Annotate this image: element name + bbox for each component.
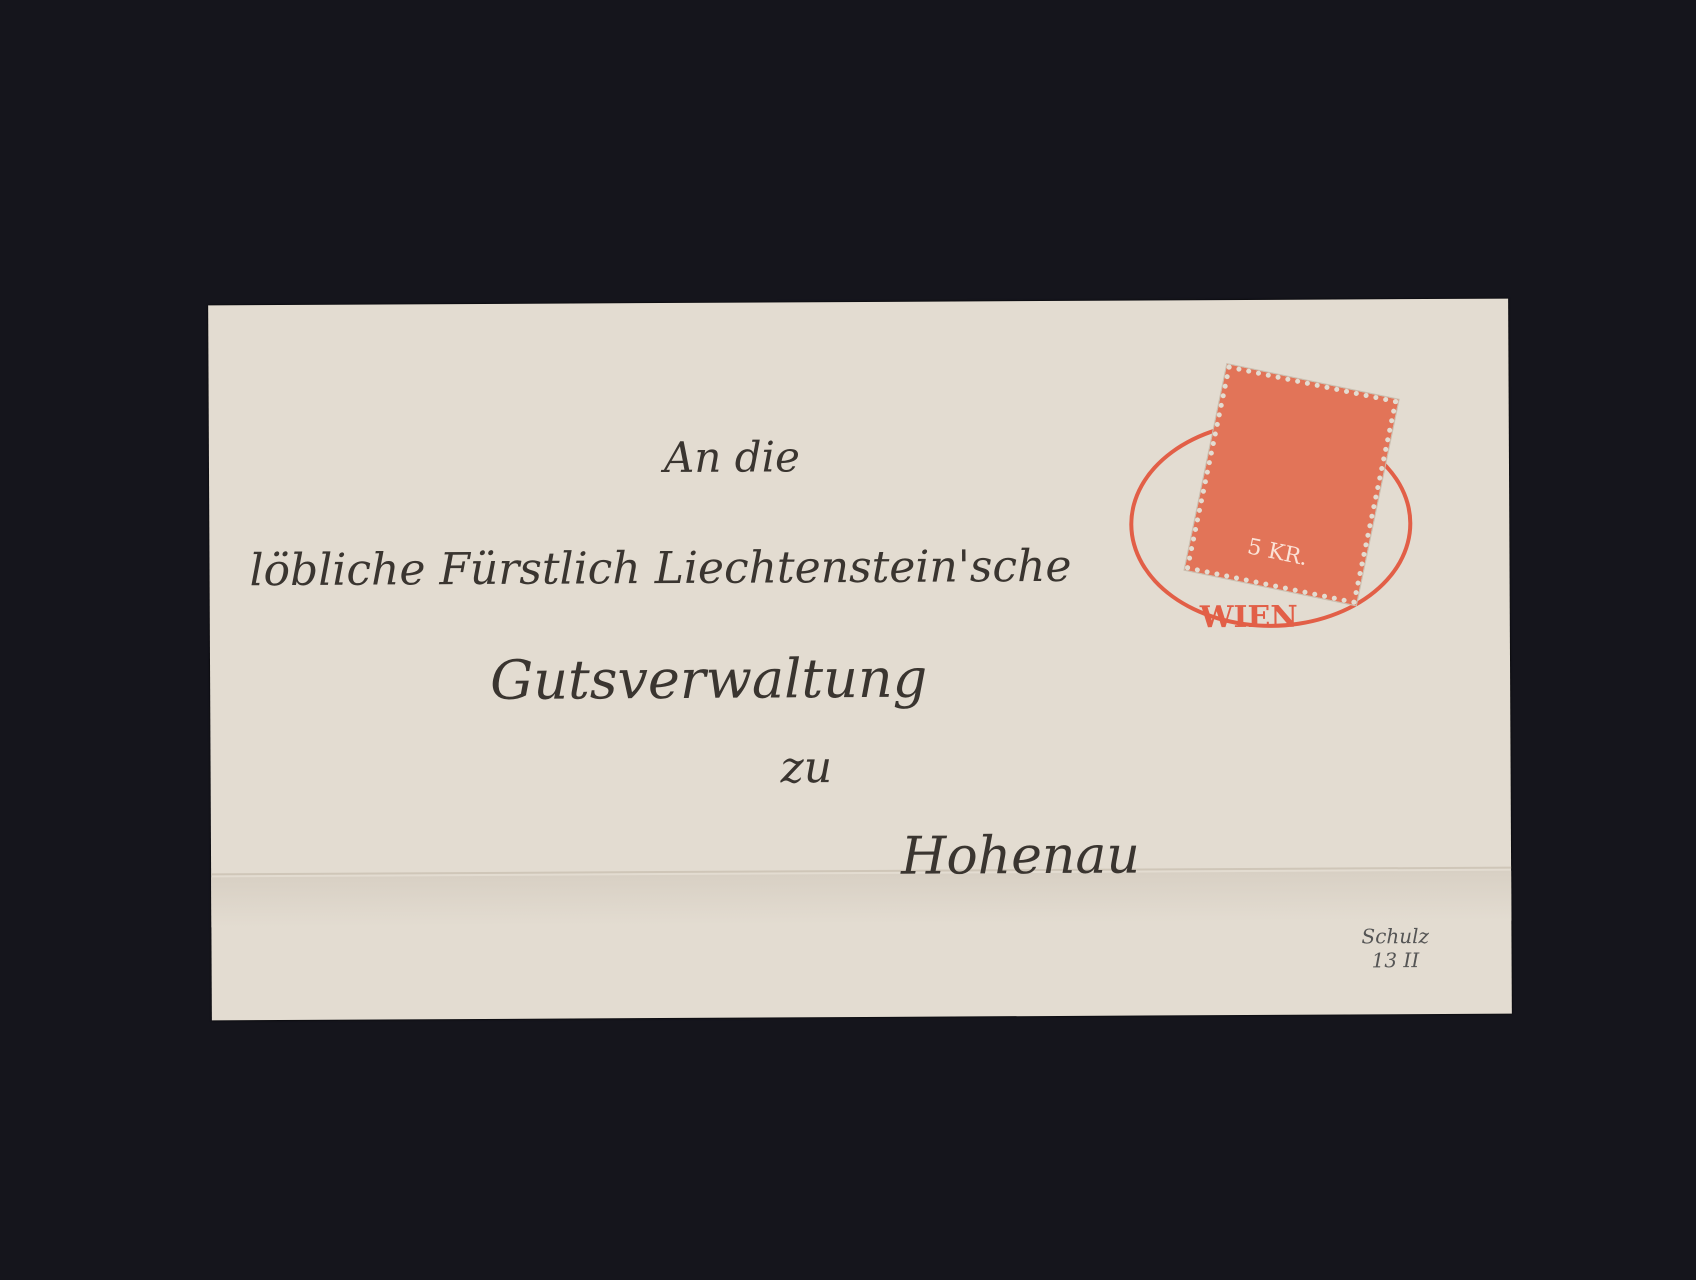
fold-shadow: [211, 871, 1511, 928]
address-line-4: zu: [780, 742, 832, 793]
address-line-5: Hohenau: [901, 826, 1140, 887]
address-line-3: Gutsverwaltung: [490, 647, 927, 712]
envelope: 5 KR. WIEN An die löbliche Fürstlich Lie…: [208, 299, 1512, 1021]
address-line-1: An die: [664, 432, 800, 482]
address-line-2: löbliche Fürstlich Liechtenstein'sche: [249, 541, 1071, 596]
pencil-note-number: 13 II: [1362, 948, 1430, 972]
stamp-value: 5 KR.: [1194, 524, 1361, 582]
pencil-note-name: Schulz: [1361, 924, 1429, 948]
pencil-note: Schulz 13 II: [1361, 924, 1429, 972]
postmark-city: WIEN: [1200, 600, 1298, 636]
